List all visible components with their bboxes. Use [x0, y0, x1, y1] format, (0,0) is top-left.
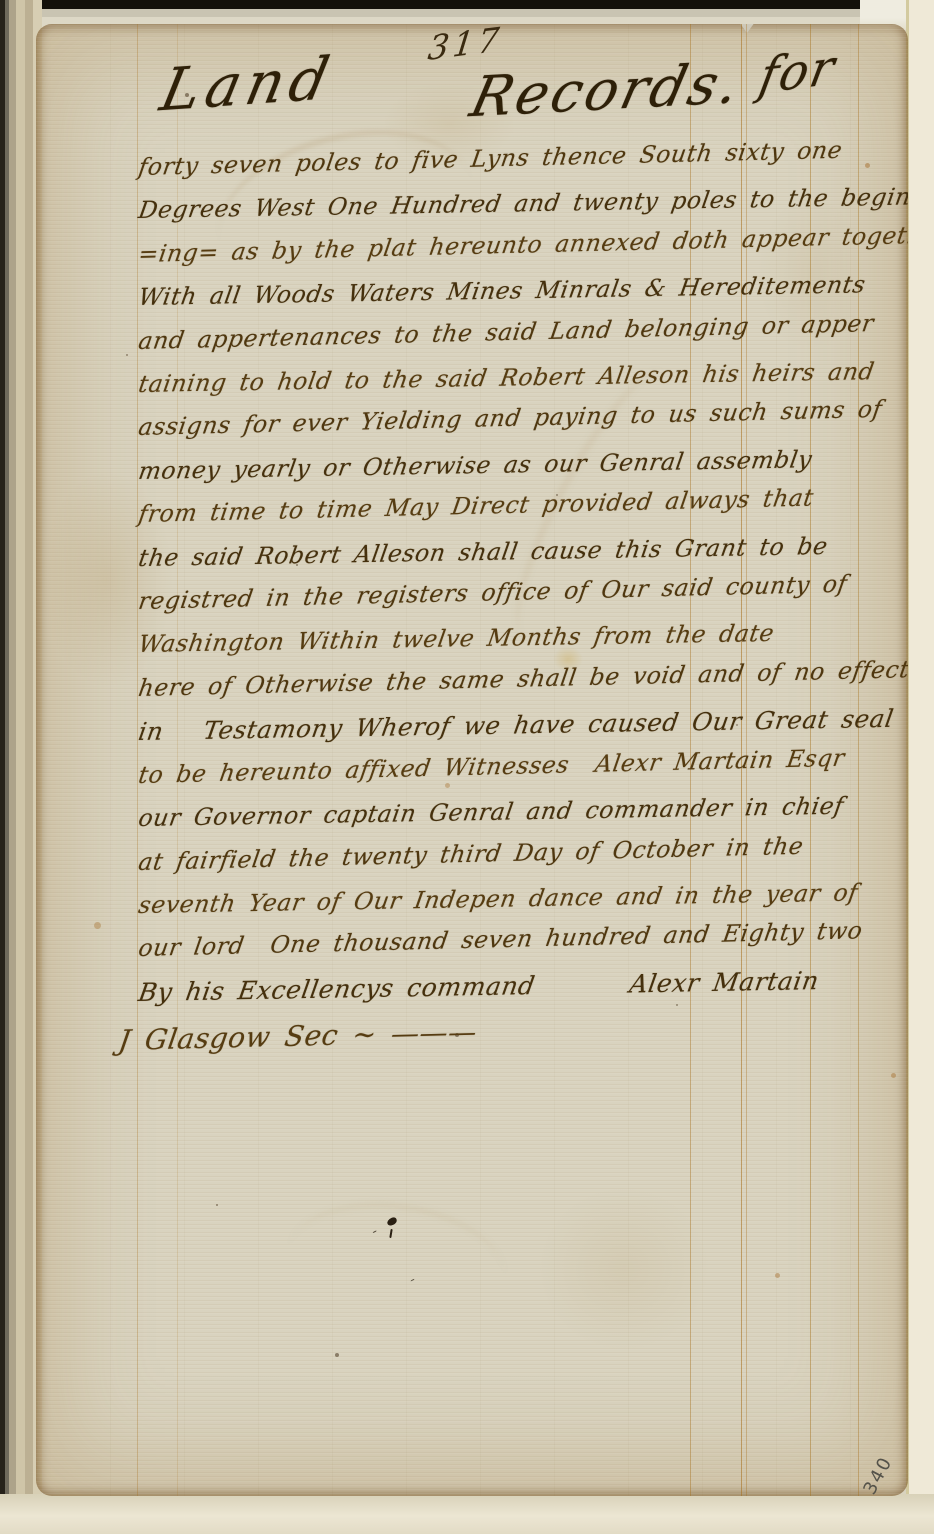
manuscript-page: 317 Land Records. for forty seven poles … — [36, 24, 908, 1496]
scanned-book-page: 317 Land Records. for forty seven poles … — [0, 0, 934, 1534]
paper-stain — [504, 1154, 744, 1384]
header-title-records: Records. — [465, 51, 749, 130]
page-bottom-edge — [0, 1494, 934, 1534]
header-title-for: for — [755, 38, 841, 105]
page-number: 317 — [426, 24, 505, 68]
manuscript-body: forty seven poles to five Lyns thence So… — [138, 146, 898, 1068]
header-title-land: Land — [155, 43, 341, 124]
folio-number-pencil: 340 — [859, 1453, 896, 1496]
page-right-edge — [906, 0, 934, 1534]
ink-bleed-ghost — [278, 1189, 513, 1343]
ink-blot — [381, 1214, 405, 1246]
foxing-spots — [36, 24, 39, 27]
